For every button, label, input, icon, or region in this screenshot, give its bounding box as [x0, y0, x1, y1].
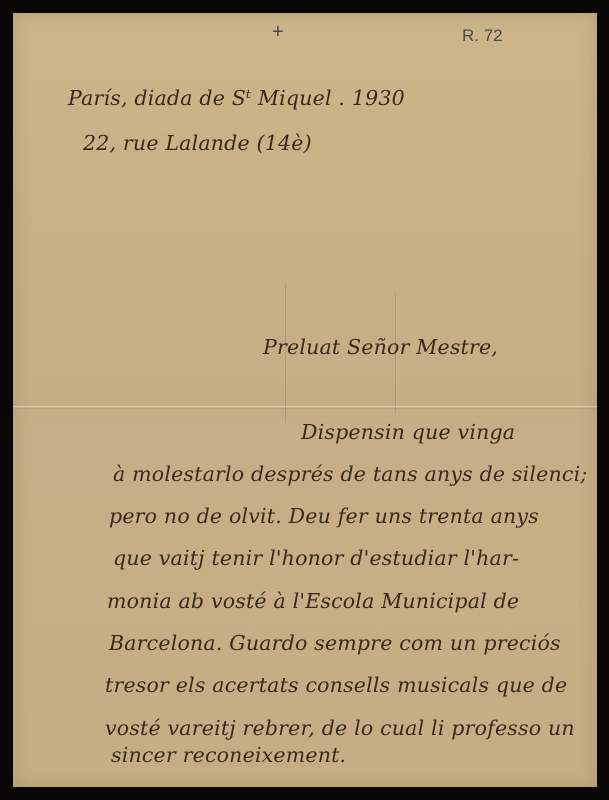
cross-mark: + — [272, 21, 284, 44]
body-line: Dispensin que vinga — [301, 420, 515, 444]
address-line: 22, rue Lalande (14è) — [83, 131, 312, 155]
body-line: à molestarlo després de tans anys de sil… — [113, 462, 587, 486]
body-line: monia ab vosté à l'Escola Municipal de — [107, 589, 519, 613]
body-line: pero no de olvit. Deu fer uns trenta any… — [109, 504, 539, 528]
body-line: vosté vareitj rebrer, de lo cual li prof… — [105, 716, 575, 740]
place-date-line: París, diada de Sᵗ Miquel . 1930 — [68, 86, 405, 110]
body-line: tresor els acertats consells musicals qu… — [105, 673, 567, 697]
body-line: que vaitj tenir l'honor d'estudiar l'har… — [113, 546, 519, 570]
letter-page: + R. 72 París, diada de Sᵗ Miquel . 1930… — [13, 13, 597, 787]
archive-reference: R. 72 — [462, 26, 503, 46]
body-line: sincer reconeixement. — [111, 743, 346, 767]
horizontal-fold-crease — [13, 406, 597, 409]
salutation: Preluat Señor Mestre, — [263, 335, 498, 359]
body-line: Barcelona. Guardo sempre com un preciós — [109, 631, 561, 655]
